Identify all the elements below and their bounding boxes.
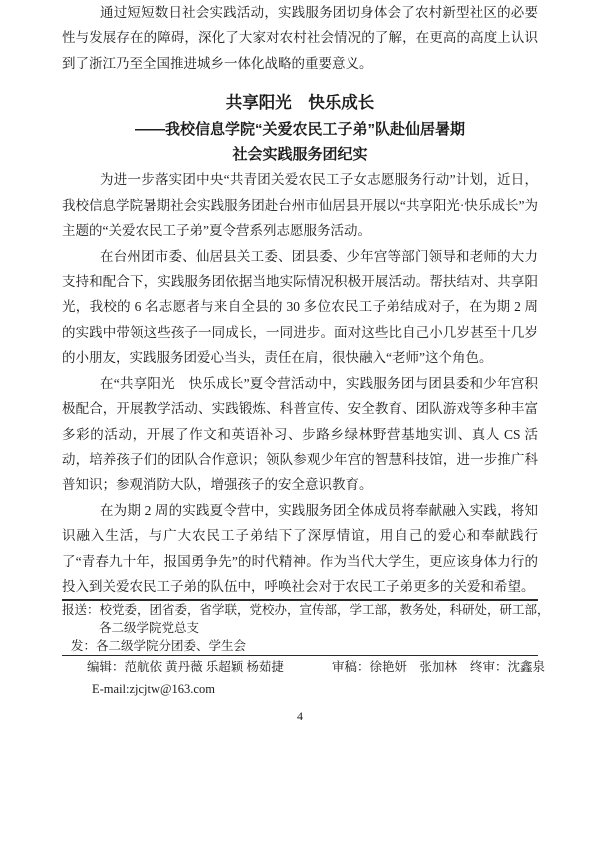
report-to-line-1: 报送：校党委，团省委，省学联，党校办，宣传部，学工部，教务处，科研处，研工部，: [62, 601, 538, 619]
article-title: 共享阳光 快乐成长: [62, 91, 538, 116]
body-paragraph-1: 为进一步落实团中央“共青团关爱农民工子女志愿服务行动”计划，近日，我校信息学院暑…: [62, 167, 538, 243]
article-subtitle-line1: ——我校信息学院“关爱农民工子弟”队赴仙居暑期: [62, 117, 538, 142]
body-paragraph-4: 在为期 2 周的实践夏令营中，实践服务团全体成员将奉献融入实践，将知识融入生活，…: [62, 498, 538, 600]
article: 通过短短数日社会实践活动，实践服务团切身体会了农村新型社区的必要性与发展存在的障…: [62, 0, 538, 725]
footer: 报送：校党委，团省委，省学联，党校办，宣传部，学工部，教务处，科研处，研工部， …: [62, 601, 538, 725]
editors-credit: 编辑：范航依 黄丹薇 乐超颖 杨茹捷: [87, 658, 284, 676]
footer-divider-bottom: [62, 655, 538, 656]
body-paragraph-3: 在“共享阳光 快乐成长”夏令营活动中，实践服务团与团县委和少年宫积极配合，开展教…: [62, 371, 538, 498]
final-review-credit: 终审：沈鑫泉: [470, 658, 545, 676]
contact-email: E-mail:zjcjtw@163.com: [62, 680, 538, 698]
article-subtitle-line2: 社会实践服务团纪实: [62, 142, 538, 167]
report-to-line-2: 各二级学院党总支: [62, 619, 538, 637]
body-paragraph-2: 在台州团市委、仙居县关工委、团县委、少年宫等部门领导和老师的大力支持和配合下，实…: [62, 244, 538, 371]
document-page: 通过短短数日社会实践活动，实践服务团切身体会了农村新型社区的必要性与发展存在的障…: [0, 0, 600, 849]
send-to-line: 发：各二级学院分团委、学生会: [62, 637, 538, 655]
page-number: 4: [62, 707, 538, 725]
reviewers-credit: 审稿：徐艳妍 张加林: [332, 658, 457, 676]
report-to-block: 报送：校党委，团省委，省学联，党校办，宣传部，学工部，教务处，科研处，研工部， …: [62, 601, 538, 637]
intro-paragraph: 通过短短数日社会实践活动，实践服务团切身体会了农村新型社区的必要性与发展存在的障…: [62, 0, 538, 76]
credits-row: 编辑：范航依 黄丹薇 乐超颖 杨茹捷 审稿：徐艳妍 张加林 终审：沈鑫泉: [62, 658, 538, 676]
